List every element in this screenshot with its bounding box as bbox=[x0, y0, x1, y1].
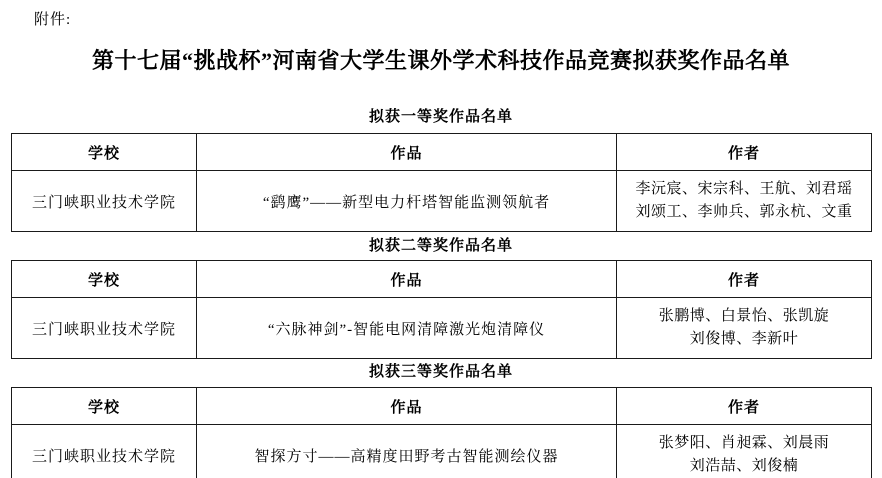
column-header-work: 作品 bbox=[197, 388, 617, 425]
table-row: 三门峡职业技术学院 “鹞鹰”——新型电力杆塔智能监测领航者 李沅宸、宋宗科、王航… bbox=[12, 171, 872, 232]
column-header-author: 作者 bbox=[617, 261, 872, 298]
column-header-school: 学校 bbox=[12, 261, 197, 298]
page-title: 第十七届“挑战杯”河南省大学生课外学术科技作品竞赛拟获奖作品名单 bbox=[0, 44, 882, 75]
section-heading-first-prize: 拟获一等奖作品名单 bbox=[0, 105, 882, 126]
second-prize-table: 学校 作品 作者 三门峡职业技术学院 “六脉神剑”-智能电网清障激光炮清障仪 张… bbox=[11, 260, 872, 359]
section-heading-second-prize: 拟获二等奖作品名单 bbox=[0, 234, 882, 255]
work-cell: “鹞鹰”——新型电力杆塔智能监测领航者 bbox=[197, 171, 617, 232]
column-header-author: 作者 bbox=[617, 134, 872, 171]
authors-cell: 李沅宸、宋宗科、王航、刘君瑶 刘颂工、李帅兵、郭永杭、文重 bbox=[617, 171, 872, 232]
document-page: 附件: 第十七届“挑战杯”河南省大学生课外学术科技作品竞赛拟获奖作品名单 拟获一… bbox=[0, 0, 882, 478]
third-prize-table: 学校 作品 作者 三门峡职业技术学院 智探方寸——高精度田野考古智能测绘仪器 张… bbox=[11, 387, 872, 478]
column-header-author: 作者 bbox=[617, 388, 872, 425]
section-heading-third-prize: 拟获三等奖作品名单 bbox=[0, 360, 882, 381]
table-row: 三门峡职业技术学院 智探方寸——高精度田野考古智能测绘仪器 张梦阳、肖昶霖、刘晨… bbox=[12, 425, 872, 478]
first-prize-table: 学校 作品 作者 三门峡职业技术学院 “鹞鹰”——新型电力杆塔智能监测领航者 李… bbox=[11, 133, 872, 232]
column-header-work: 作品 bbox=[197, 134, 617, 171]
column-header-school: 学校 bbox=[12, 134, 197, 171]
table-header-row: 学校 作品 作者 bbox=[12, 388, 872, 425]
table-row: 三门峡职业技术学院 “六脉神剑”-智能电网清障激光炮清障仪 张鹏博、白景怡、张凯… bbox=[12, 298, 872, 359]
authors-cell: 张梦阳、肖昶霖、刘晨雨 刘浩喆、刘俊楠 bbox=[617, 425, 872, 478]
school-cell: 三门峡职业技术学院 bbox=[12, 425, 197, 478]
school-cell: 三门峡职业技术学院 bbox=[12, 298, 197, 359]
table-header-row: 学校 作品 作者 bbox=[12, 261, 872, 298]
work-cell: “六脉神剑”-智能电网清障激光炮清障仪 bbox=[197, 298, 617, 359]
authors-cell: 张鹏博、白景怡、张凯旋 刘俊博、李新叶 bbox=[617, 298, 872, 359]
school-cell: 三门峡职业技术学院 bbox=[12, 171, 197, 232]
column-header-school: 学校 bbox=[12, 388, 197, 425]
attachment-label: 附件: bbox=[34, 8, 71, 29]
work-cell: 智探方寸——高精度田野考古智能测绘仪器 bbox=[197, 425, 617, 478]
table-header-row: 学校 作品 作者 bbox=[12, 134, 872, 171]
column-header-work: 作品 bbox=[197, 261, 617, 298]
